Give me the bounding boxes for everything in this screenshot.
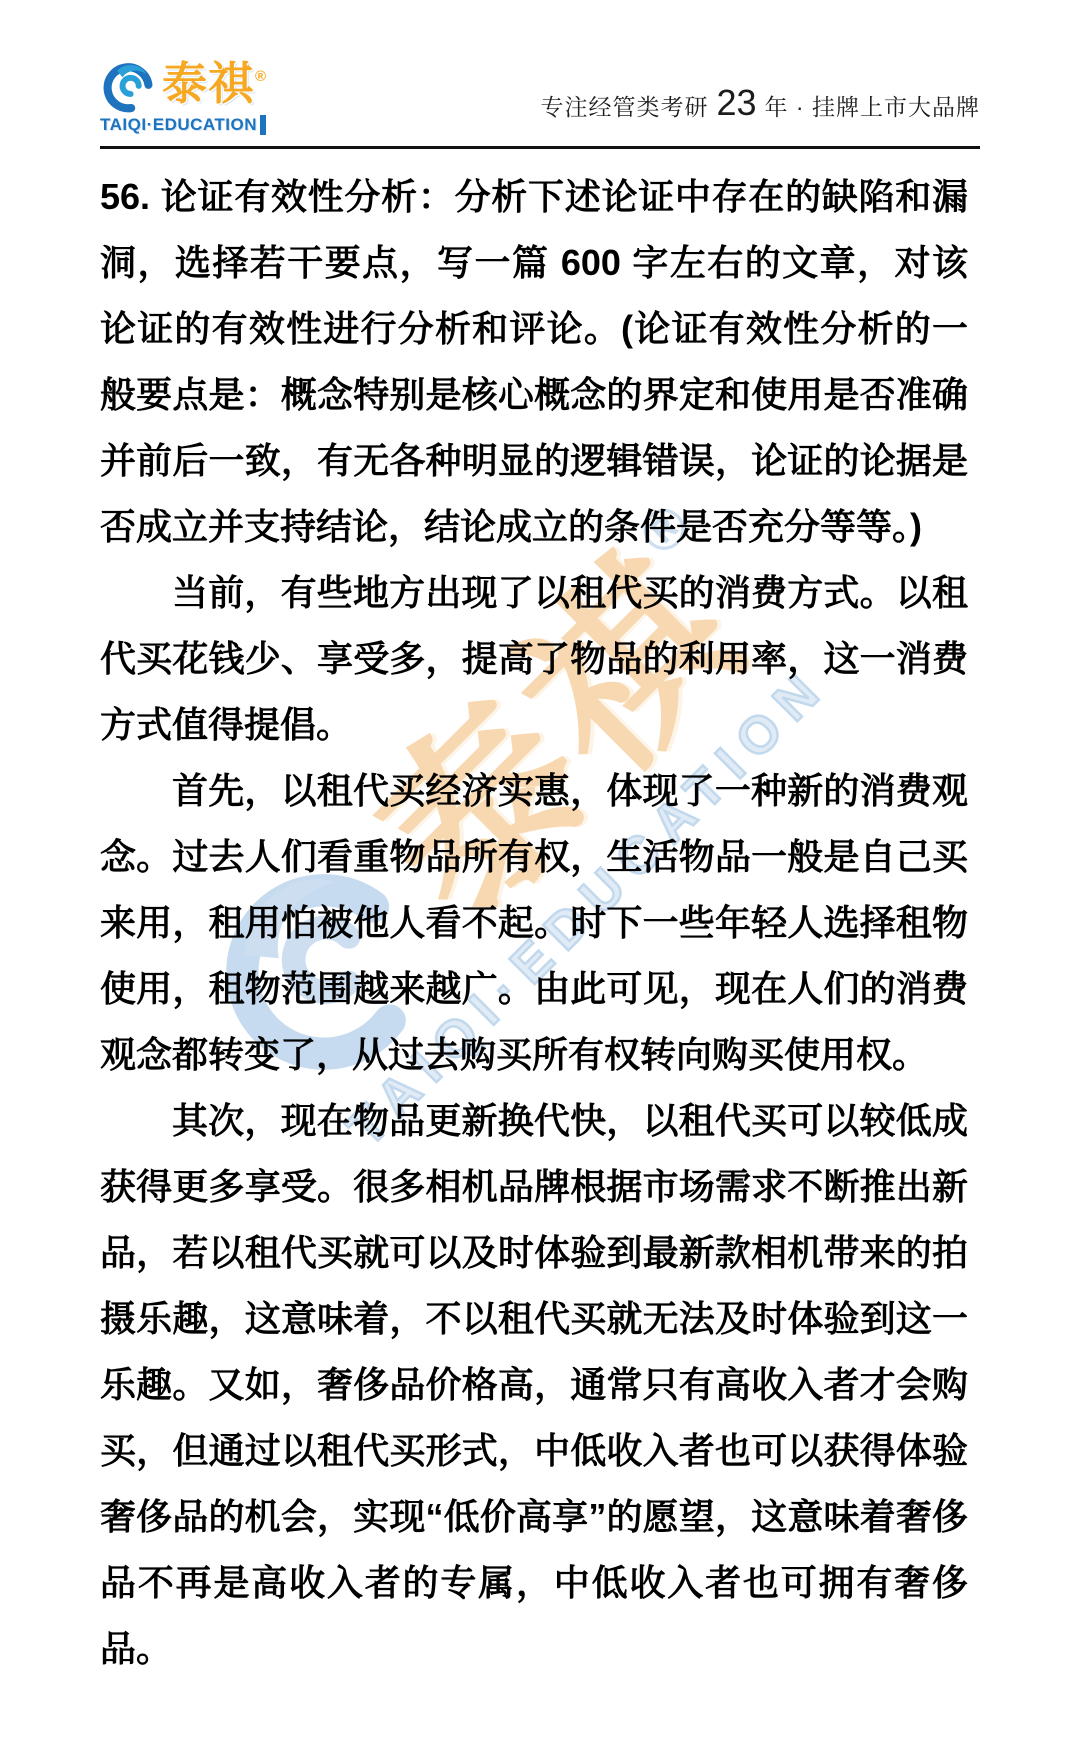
page-header: 泰祺® TAIQI·EDUCATION 专注经管类考研23年 · 挂牌上市大品牌 — [100, 58, 980, 140]
header-tagline: 专注经管类考研23年 · 挂牌上市大品牌 — [541, 82, 981, 124]
tagline-number: 23 — [717, 82, 757, 123]
taiqi-logo: 泰祺® TAIQI·EDUCATION — [100, 60, 280, 135]
header-divider — [100, 146, 980, 149]
question-paragraph: 56. 论证有效性分析：分析下述论证中存在的缺陷和漏洞，选择若干要点，写一篇 6… — [100, 164, 968, 560]
tagline-suffix: 年 · 挂牌上市大品牌 — [765, 94, 980, 120]
paragraph: 首先，以租代买经济实惠，体现了一种新的消费观念。过去人们看重物品所有权，生活物品… — [100, 758, 968, 1088]
paragraph: 当前，有些地方出现了以租代买的消费方式。以租代买花钱少、享受多，提高了物品的利用… — [100, 560, 968, 758]
logo-brand-en: TAIQI·EDUCATION — [100, 115, 257, 135]
logo-end-bar — [260, 115, 266, 135]
document-body: 56. 论证有效性分析：分析下述论证中存在的缺陷和漏洞，选择若干要点，写一篇 6… — [100, 164, 968, 1682]
logo-reg-mark: ® — [255, 68, 266, 85]
paragraph: 其次，现在物品更新换代快，以租代买可以较低成获得更多享受。很多相机品牌根据市场需… — [100, 1088, 968, 1682]
tq-swirl-icon — [100, 60, 158, 114]
logo-brand-cn: 泰祺 — [162, 58, 254, 109]
tagline-prefix: 专注经管类考研 — [541, 94, 709, 120]
